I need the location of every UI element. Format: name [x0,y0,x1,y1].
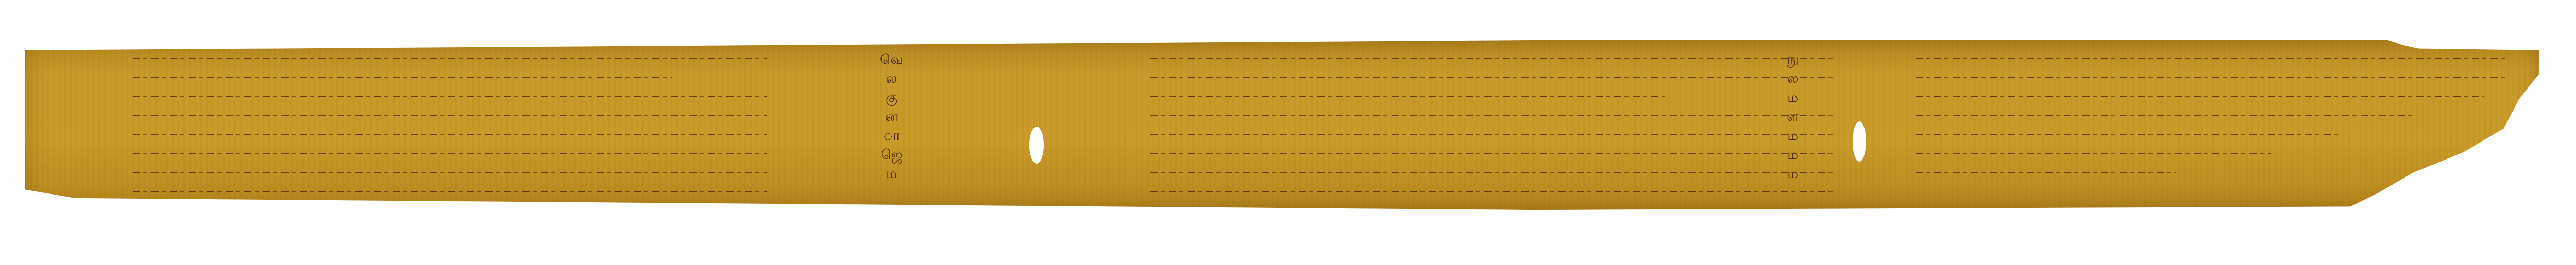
manuscript-line: (illegible handwritten Tamil line 7) [1916,166,2176,182]
margin-glyph: ம [886,166,897,182]
manuscript-line: (illegible handwritten Tamil line 4) [1150,109,1836,125]
text-block-left: (illegible handwritten Tamil line 1) (il… [133,51,767,201]
margin-glyph: ம [1787,166,1798,182]
manuscript-line: (illegible handwritten Tamil line 7) [133,166,767,182]
margin-glyph: கு [886,90,897,106]
margin-glyph: ல [1787,70,1799,87]
manuscript-line: (illegible handwritten Tamil line 3) [133,90,767,106]
manuscript-line: (illegible handwritten Tamil line 4) [133,109,767,125]
manuscript-line: (illegible handwritten Tamil line 1) [133,51,767,68]
manuscript-line: (illegible handwritten Tamil line 7) [1150,166,1836,182]
manuscript-line: (illegible handwritten Tamil line 1) [1150,51,1836,68]
manuscript-line: (illegible handwritten Tamil line 6) [133,147,767,163]
manuscript-line: (illegible handwritten Tamil line 8) [133,185,767,201]
manuscript-line: (illegible handwritten Tamil line 5) [133,128,767,144]
string-hole [1853,121,1866,162]
margin-glyph: வெ [880,51,903,68]
margin-glyph: ள [1787,109,1799,125]
text-block-right: (illegible handwritten Tamil line 1) (il… [1916,51,2508,182]
margin-glyph: ா [883,128,900,144]
margin-glyph: ன [885,109,898,125]
palm-leaf-folio: (illegible handwritten Tamil line 1) (il… [25,40,2539,210]
manuscript-line: (illegible handwritten Tamil line 3) [1916,90,2484,106]
margin-glyph: ம [1787,147,1798,163]
manuscript-line: (illegible handwritten Tamil line 4) [1916,109,2413,125]
manuscript-line: (illegible handwritten Tamil line 3) [1150,90,1665,106]
margin-glyph: ஜெ [881,147,903,163]
string-hole [1029,127,1044,164]
margin-glyph: ம [1787,128,1798,144]
text-block-middle: (illegible handwritten Tamil line 1) (il… [1150,51,1836,201]
manuscript-line: (illegible handwritten Tamil line 6) [1150,147,1836,163]
margin-glyph: நு [1787,51,1798,68]
manuscript-line: (illegible handwritten Tamil line 5) [1150,128,1836,144]
margin-glyph: ல [886,70,897,87]
margin-column-1: வெ ல கு ன ா ஜெ ம [880,51,903,182]
manuscript-line: (illegible handwritten Tamil line 2) [1916,70,2508,87]
manuscript-line: (illegible handwritten Tamil line 5) [1916,128,2342,144]
manuscript-line: (illegible handwritten Tamil line 1) [1916,51,2508,68]
margin-glyph: ம [1787,90,1798,106]
manuscript-line: (illegible handwritten Tamil line 6) [1916,147,2271,163]
margin-column-2: நு ல ம ள ம ம ம [1787,51,1799,182]
manuscript-line: (illegible handwritten Tamil line 2) [1150,70,1836,87]
manuscript-line: (illegible handwritten Tamil line 8) [1150,185,1836,201]
manuscript-line: (illegible handwritten Tamil line 2) [133,70,672,87]
